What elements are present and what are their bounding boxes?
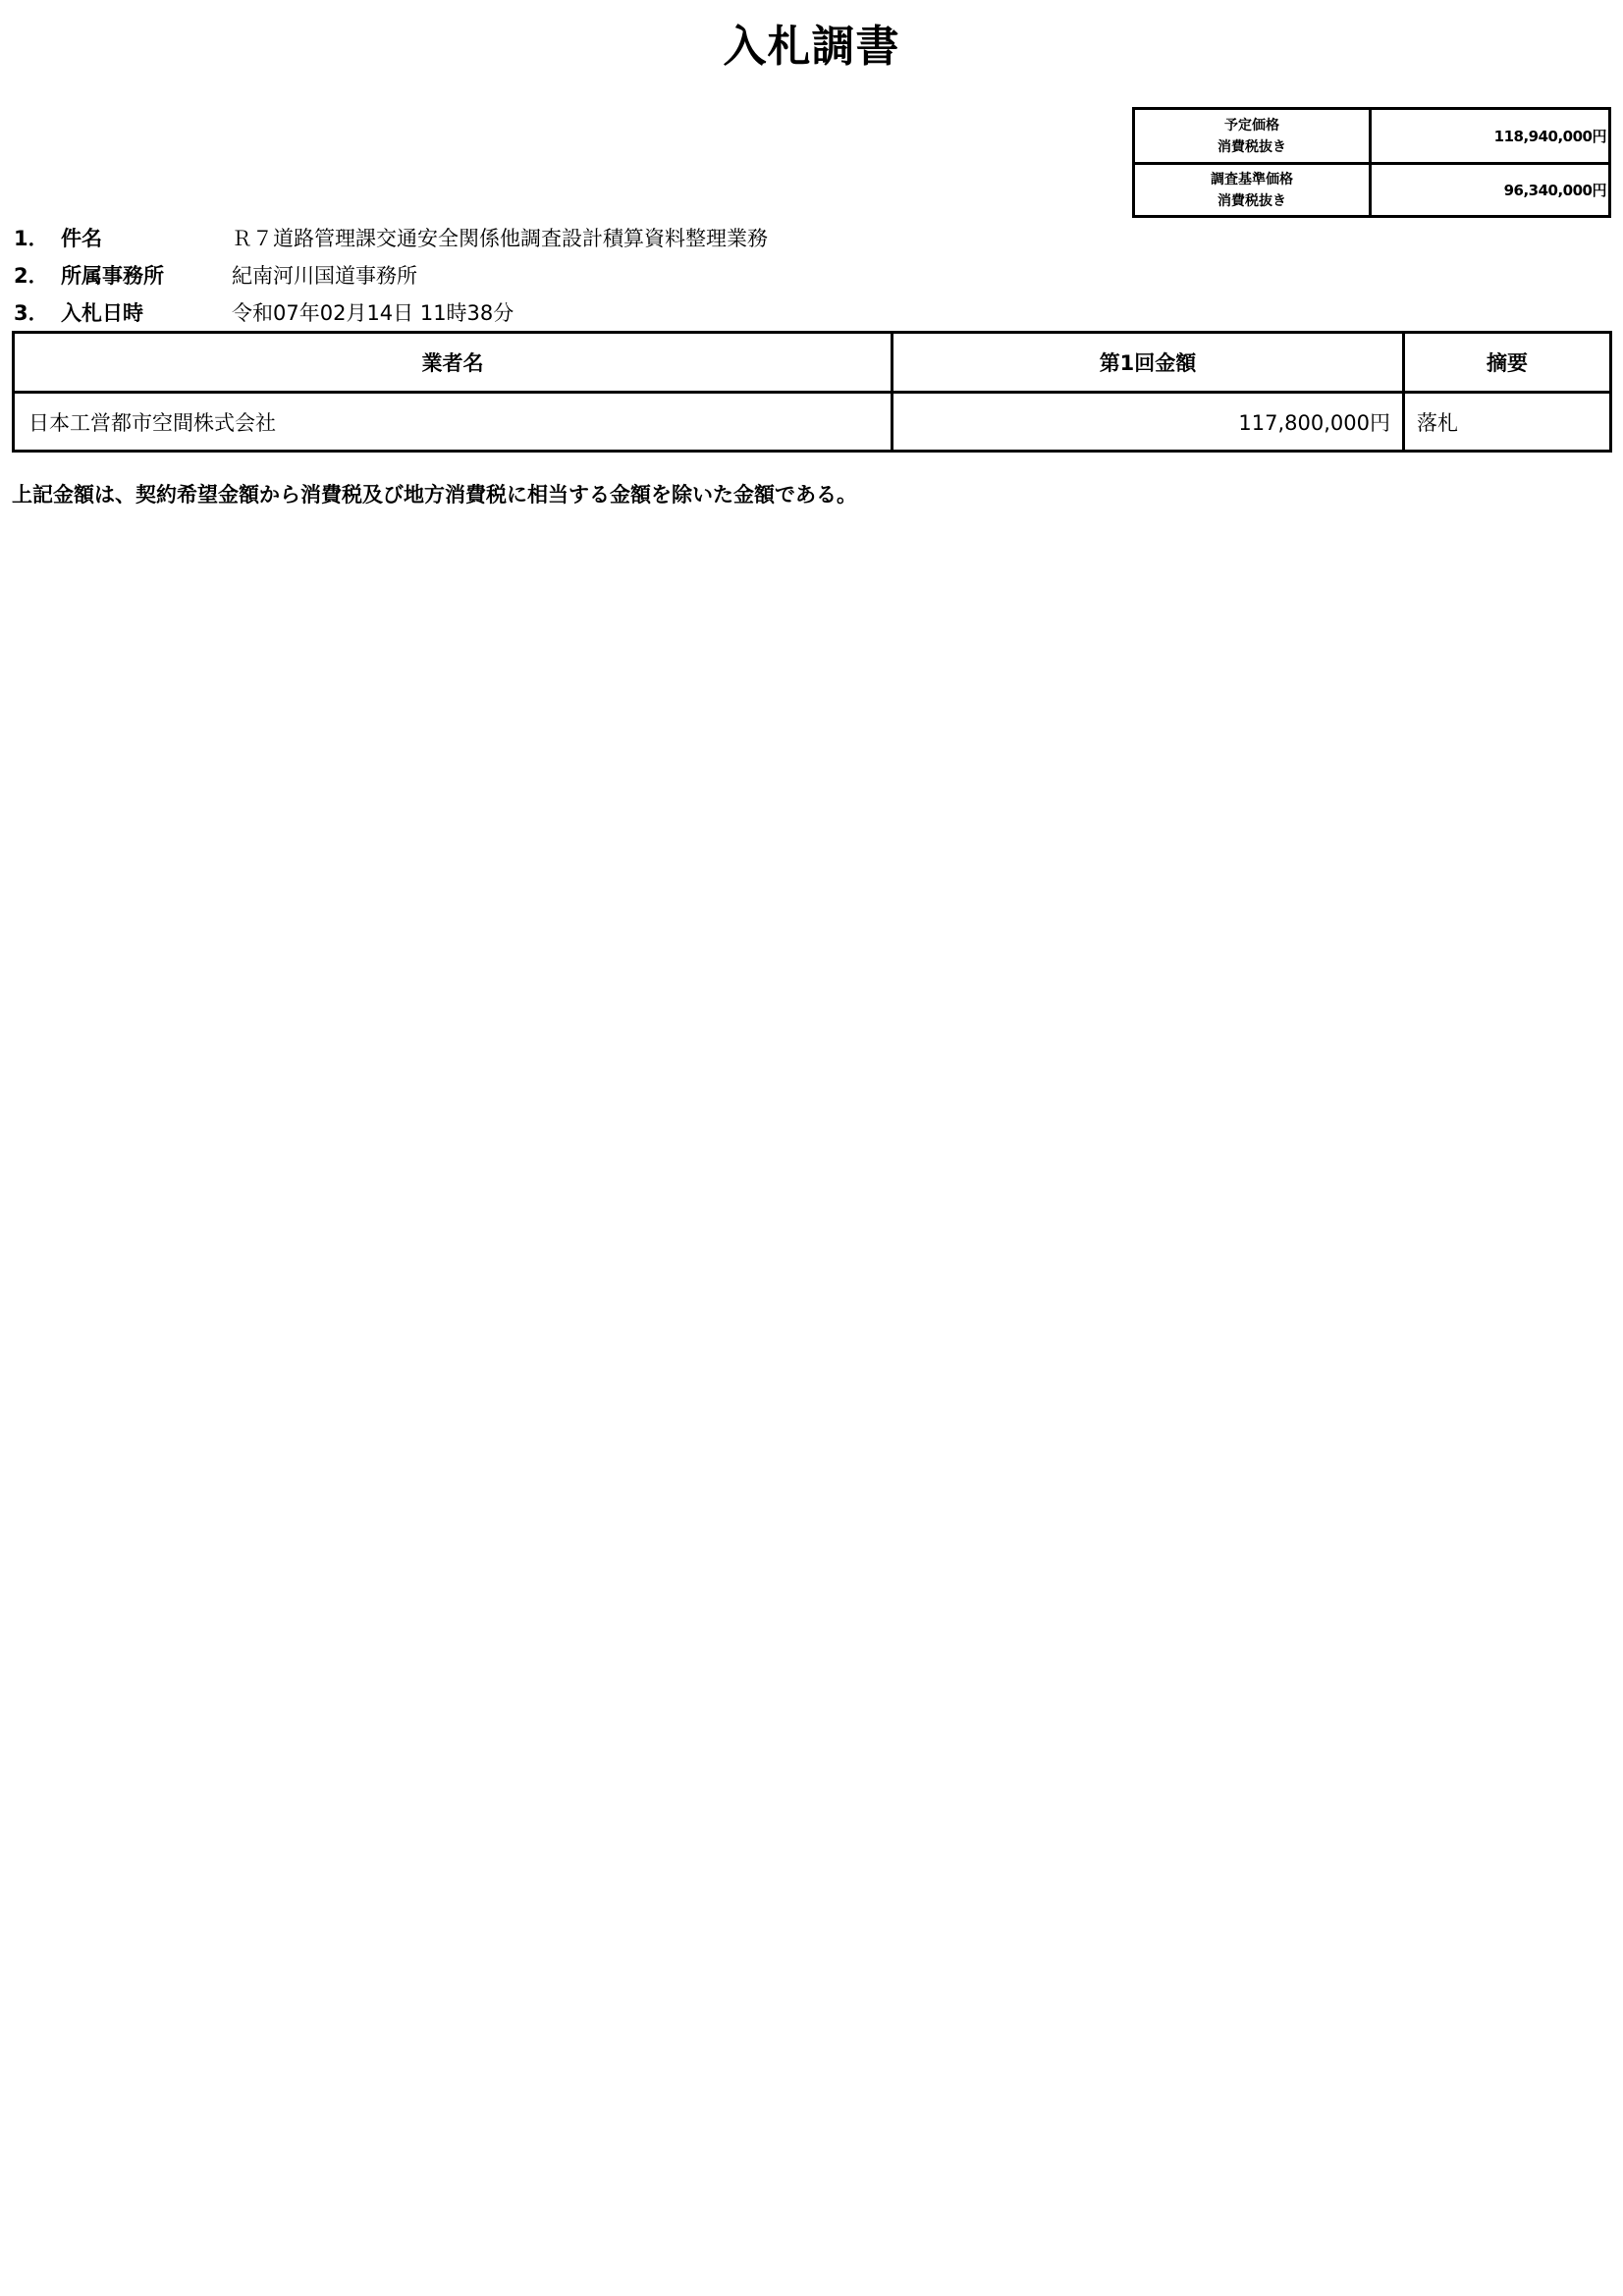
- cell-company: 日本工営都市空間株式会社: [15, 394, 893, 450]
- planned-price-label-line1: 予定価格: [1224, 115, 1279, 136]
- cell-remark: 落札: [1405, 394, 1609, 450]
- info-number: 3．: [14, 299, 61, 327]
- survey-base-price-label: 調査基準価格 消費税抜き: [1135, 165, 1372, 215]
- survey-base-price-row: 調査基準価格 消費税抜き 96,340,000円: [1135, 165, 1608, 215]
- info-number: 2．: [14, 262, 61, 290]
- planned-price-row: 予定価格 消費税抜き 118,940,000円: [1135, 110, 1608, 165]
- planned-price-label-line2: 消費税抜き: [1217, 136, 1286, 158]
- info-office: 2．所属事務所紀南河川国道事務所: [14, 262, 417, 290]
- header-company: 業者名: [15, 334, 893, 391]
- info-value: 紀南河川国道事務所: [232, 262, 417, 290]
- footnote: 上記金額は、契約希望金額から消費税及び地方消費税に相当する金額を除いた金額である…: [12, 481, 857, 508]
- info-label: 入札日時: [61, 299, 232, 327]
- page-title: 入札調書: [0, 20, 1623, 75]
- planned-price-label: 予定価格 消費税抜き: [1135, 110, 1372, 162]
- info-subject: 1．件名Ｒ７道路管理課交通安全関係他調査設計積算資料整理業務: [14, 225, 768, 252]
- header-remarks: 摘要: [1405, 334, 1609, 391]
- info-label: 所属事務所: [61, 262, 232, 290]
- planned-price-value: 118,940,000円: [1372, 110, 1608, 162]
- table-row: 日本工営都市空間株式会社 117,800,000円 落札: [15, 394, 1609, 450]
- survey-base-price-value: 96,340,000円: [1372, 165, 1608, 215]
- info-label: 件名: [61, 225, 232, 252]
- cell-amount: 117,800,000円: [893, 394, 1405, 450]
- info-value: 令和07年02月14日 11時38分: [232, 299, 514, 327]
- info-value: Ｒ７道路管理課交通安全関係他調査設計積算資料整理業務: [232, 225, 768, 252]
- info-bid-datetime: 3．入札日時令和07年02月14日 11時38分: [14, 299, 514, 327]
- survey-base-price-label-line1: 調査基準価格: [1211, 169, 1293, 190]
- survey-base-price-label-line2: 消費税抜き: [1217, 190, 1286, 212]
- info-number: 1．: [14, 225, 61, 252]
- price-summary-box: 予定価格 消費税抜き 118,940,000円 調査基準価格 消費税抜き 96,…: [1132, 107, 1611, 218]
- table-header-row: 業者名 第1回金額 摘要: [15, 334, 1609, 394]
- bid-results-table: 業者名 第1回金額 摘要 日本工営都市空間株式会社 117,800,000円 落…: [12, 331, 1612, 453]
- header-first-round-amount: 第1回金額: [893, 334, 1405, 391]
